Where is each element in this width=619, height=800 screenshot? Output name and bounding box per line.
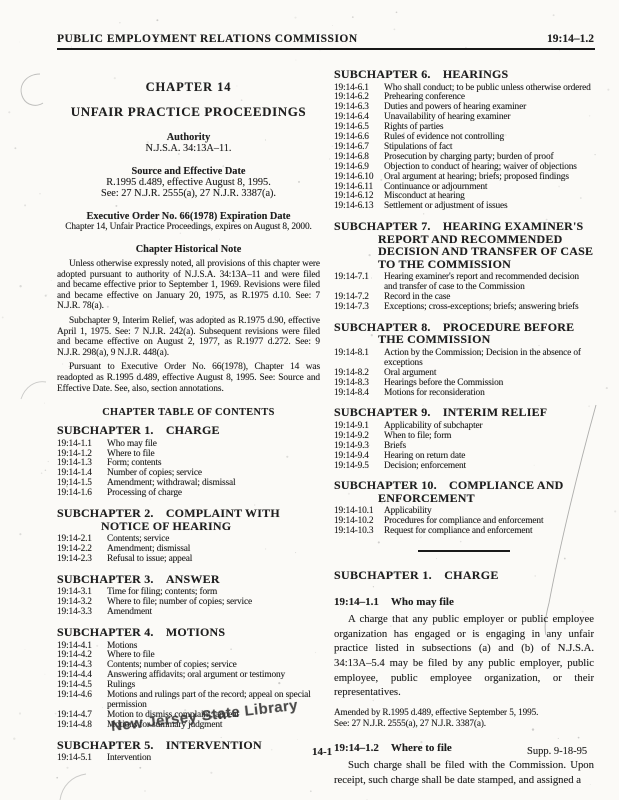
source-line: See: 27 N.J.R. 2555(a), 27 N.J.R. 3387(a… [57,188,320,199]
section-number: 19:14–1.2 [334,742,379,754]
chapter-title: UNFAIR PRACTICE PROCEEDINGS [57,104,320,120]
historical-note-paragraph: Pursuant to Executive Order No. 66(1978)… [57,362,320,394]
historical-note-heading: Chapter Historical Note [57,244,320,255]
exec-order-text: Chapter 14, Unfair Practice Proceedings,… [57,222,320,232]
toc-entry-title: Answering affidavits; oral argument or t… [107,671,320,681]
toc-heading: CHAPTER TABLE OF CONTENTS [57,407,320,418]
toc-entry-number: 19:14-4.6 [57,691,107,711]
chapter-number: CHAPTER 14 [57,80,320,95]
running-head-section-ref: 19:14–1.2 [547,33,594,45]
toc-entry-title: Action by the Commission; Decision in th… [384,349,594,369]
toc-entry: 19:14-6.4Unavailability of hearing exami… [334,113,594,123]
header-rule [57,48,595,50]
toc-entry-title: Amendment [107,608,320,618]
section-paragraph: A charge that any public employer or pub… [334,612,594,700]
toc-entry-number: 19:14-3.3 [57,608,107,618]
toc-entry: 19:14-4.4Answering affidavits; oral argu… [57,671,320,681]
toc-subchapter-title: SUBCHAPTER 6. HEARINGS [334,68,594,81]
toc-entry: 19:14-2.3Refusal to issue; appeal [57,555,320,565]
toc-entry-number: 19:14-2.3 [57,555,107,565]
section-title: Who may file [391,596,454,608]
source-heading: Source and Effective Date [57,166,320,177]
toc-entry-title: Settlement or adjustment of issues [384,202,594,212]
scan-artifact-curve-top-left [21,74,43,105]
toc-entry: 19:14-4.1Motions [57,642,320,652]
toc-entry-number: 19:14-1.6 [57,489,107,499]
toc-entry: 19:14-8.4Motions for reconsideration [334,389,594,399]
toc-entry-title: Exceptions; cross-exceptions; briefs; an… [384,303,594,313]
toc-entry-number: 19:14-9.5 [334,462,384,472]
toc-entry-title: When to file; form [384,432,594,442]
toc-subchapter-title: SUBCHAPTER 4. MOTIONS [57,626,320,639]
section-title: Where to file [391,742,452,754]
supplement-date: Supp. 9-18-95 [527,746,587,757]
exec-order-heading: Executive Order No. 66(1978) Expiration … [57,211,320,222]
toc-subchapter-title: SUBCHAPTER 5. INTERVENTION [57,739,320,752]
scan-artifact-curve-left [21,382,46,399]
toc-entry: 19:14-7.1Hearing examiner's report and r… [334,273,594,293]
toc-entry-number: 19:14-8.4 [334,389,384,399]
section-paragraph: Such charge shall be filed with the Comm… [334,758,594,787]
toc-entry: 19:14-1.2Where to file [57,450,320,460]
toc-entry-title: Motions for reconsideration [384,389,594,399]
toc-entry: 19:14-6.6Rules of evidence not controlli… [334,133,594,143]
section-number: 19:14–1.1 [334,596,379,608]
toc-subchapter-title: SUBCHAPTER 8. PROCEDURE BEFORE THE COMMI… [334,321,594,346]
toc-entry: 19:14-9.2When to file; form [334,432,594,442]
toc-subchapter-title: SUBCHAPTER 7. HEARING EXAMINER'S REPORT … [334,220,594,270]
section-annotations: Amended by R.1995 d.489, effective Septe… [334,707,594,729]
left-column: CHAPTER 14 UNFAIR PRACTICE PROCEEDINGS A… [57,72,320,764]
page-number: 14-1 [312,746,332,758]
authority-text: N.J.S.A. 34:13A–11. [57,143,320,154]
source-line: R.1995 d.489, effective August 8, 1995. [57,177,320,188]
toc-entry-number: 19:14-4.8 [57,721,107,731]
toc-subchapter-title: SUBCHAPTER 2. COMPLAINT WITH NOTICE OF H… [57,507,320,532]
annotation-line: See: 27 N.J.R. 2555(a), 27 N.J.R. 3387(a… [334,718,594,729]
toc-entry-title: Hearing examiner's report and recommende… [384,273,594,293]
toc-subchapter-title: SUBCHAPTER 3. ANSWER [57,573,320,586]
toc-entry: 19:14-9.1Applicability of subchapter [334,422,594,432]
toc-entry: 19:14-3.2Where to file; number of copies… [57,598,320,608]
toc-subchapter-title: SUBCHAPTER 9. INTERIM RELIEF [334,406,594,419]
toc-entry: 19:14-6.13Settlement or adjustment of is… [334,202,594,212]
toc-subchapter-title: SUBCHAPTER 1. CHARGE [57,424,320,437]
toc-entry: 19:14-7.3Exceptions; cross-exceptions; b… [334,303,594,313]
toc-entry: 19:14-5.1Intervention [57,754,320,764]
toc-entry-title: Refusal to issue; appeal [107,555,320,565]
toc-entry: 19:14-1.6Processing of charge [57,489,320,499]
toc-entry-number: 19:14-7.1 [334,273,384,293]
toc-entry-number: 19:14-8.1 [334,349,384,369]
toc-entry: 19:14-1.5Amendment; withdrawal; dismissa… [57,479,320,489]
toc-entry-title: Intervention [107,754,320,764]
section-divider-rule [418,550,510,552]
right-column: SUBCHAPTER 6. HEARINGS19:14-6.1Who shall… [334,66,594,787]
toc-entry-title: Decision; enforcement [384,462,594,472]
body-sections: 19:14–1.1Who may fileA charge that any p… [334,596,594,787]
toc-subchapter-title: SUBCHAPTER 10. COMPLIANCE AND ENFORCEMEN… [334,479,594,504]
toc-entry-number: 19:14-6.13 [334,202,384,212]
historical-note-paragraph: Subchapter 9, Interim Relief, was adopte… [57,316,320,358]
historical-note-paragraph: Unless otherwise expressly noted, all pr… [57,259,320,312]
toc-entry: 19:14-9.5Decision; enforcement [334,462,594,472]
toc-entry: 19:14-1.1Who may file [57,440,320,450]
running-head-title: PUBLIC EMPLOYMENT RELATIONS COMMISSION [57,33,358,45]
toc-entry-number: 19:14-7.3 [334,303,384,313]
annotation-line: Amended by R.1995 d.489, effective Septe… [334,707,594,718]
section-heading: 19:14–1.1Who may file [334,596,594,608]
body-subchapter-heading: SUBCHAPTER 1. CHARGE [334,568,594,583]
authority-heading: Authority [57,132,320,143]
toc-entry-number: 19:14-5.1 [57,754,107,764]
toc-right-list: SUBCHAPTER 6. HEARINGS19:14-6.1Who shall… [334,68,594,537]
toc-entry: 19:14-10.3Request for compliance and enf… [334,527,594,537]
toc-entry-title: Request for compliance and enforcement [384,527,594,537]
toc-entry: 19:14-8.1Action by the Commission; Decis… [334,349,594,369]
toc-entry: 19:14-3.3Amendment [57,608,320,618]
document-page: PUBLIC EMPLOYMENT RELATIONS COMMISSION 1… [0,0,619,800]
toc-entry-title: Processing of charge [107,489,320,499]
scan-artifact-curve-bottom-left [60,774,86,800]
toc-entry-number: 19:14-10.3 [334,527,384,537]
